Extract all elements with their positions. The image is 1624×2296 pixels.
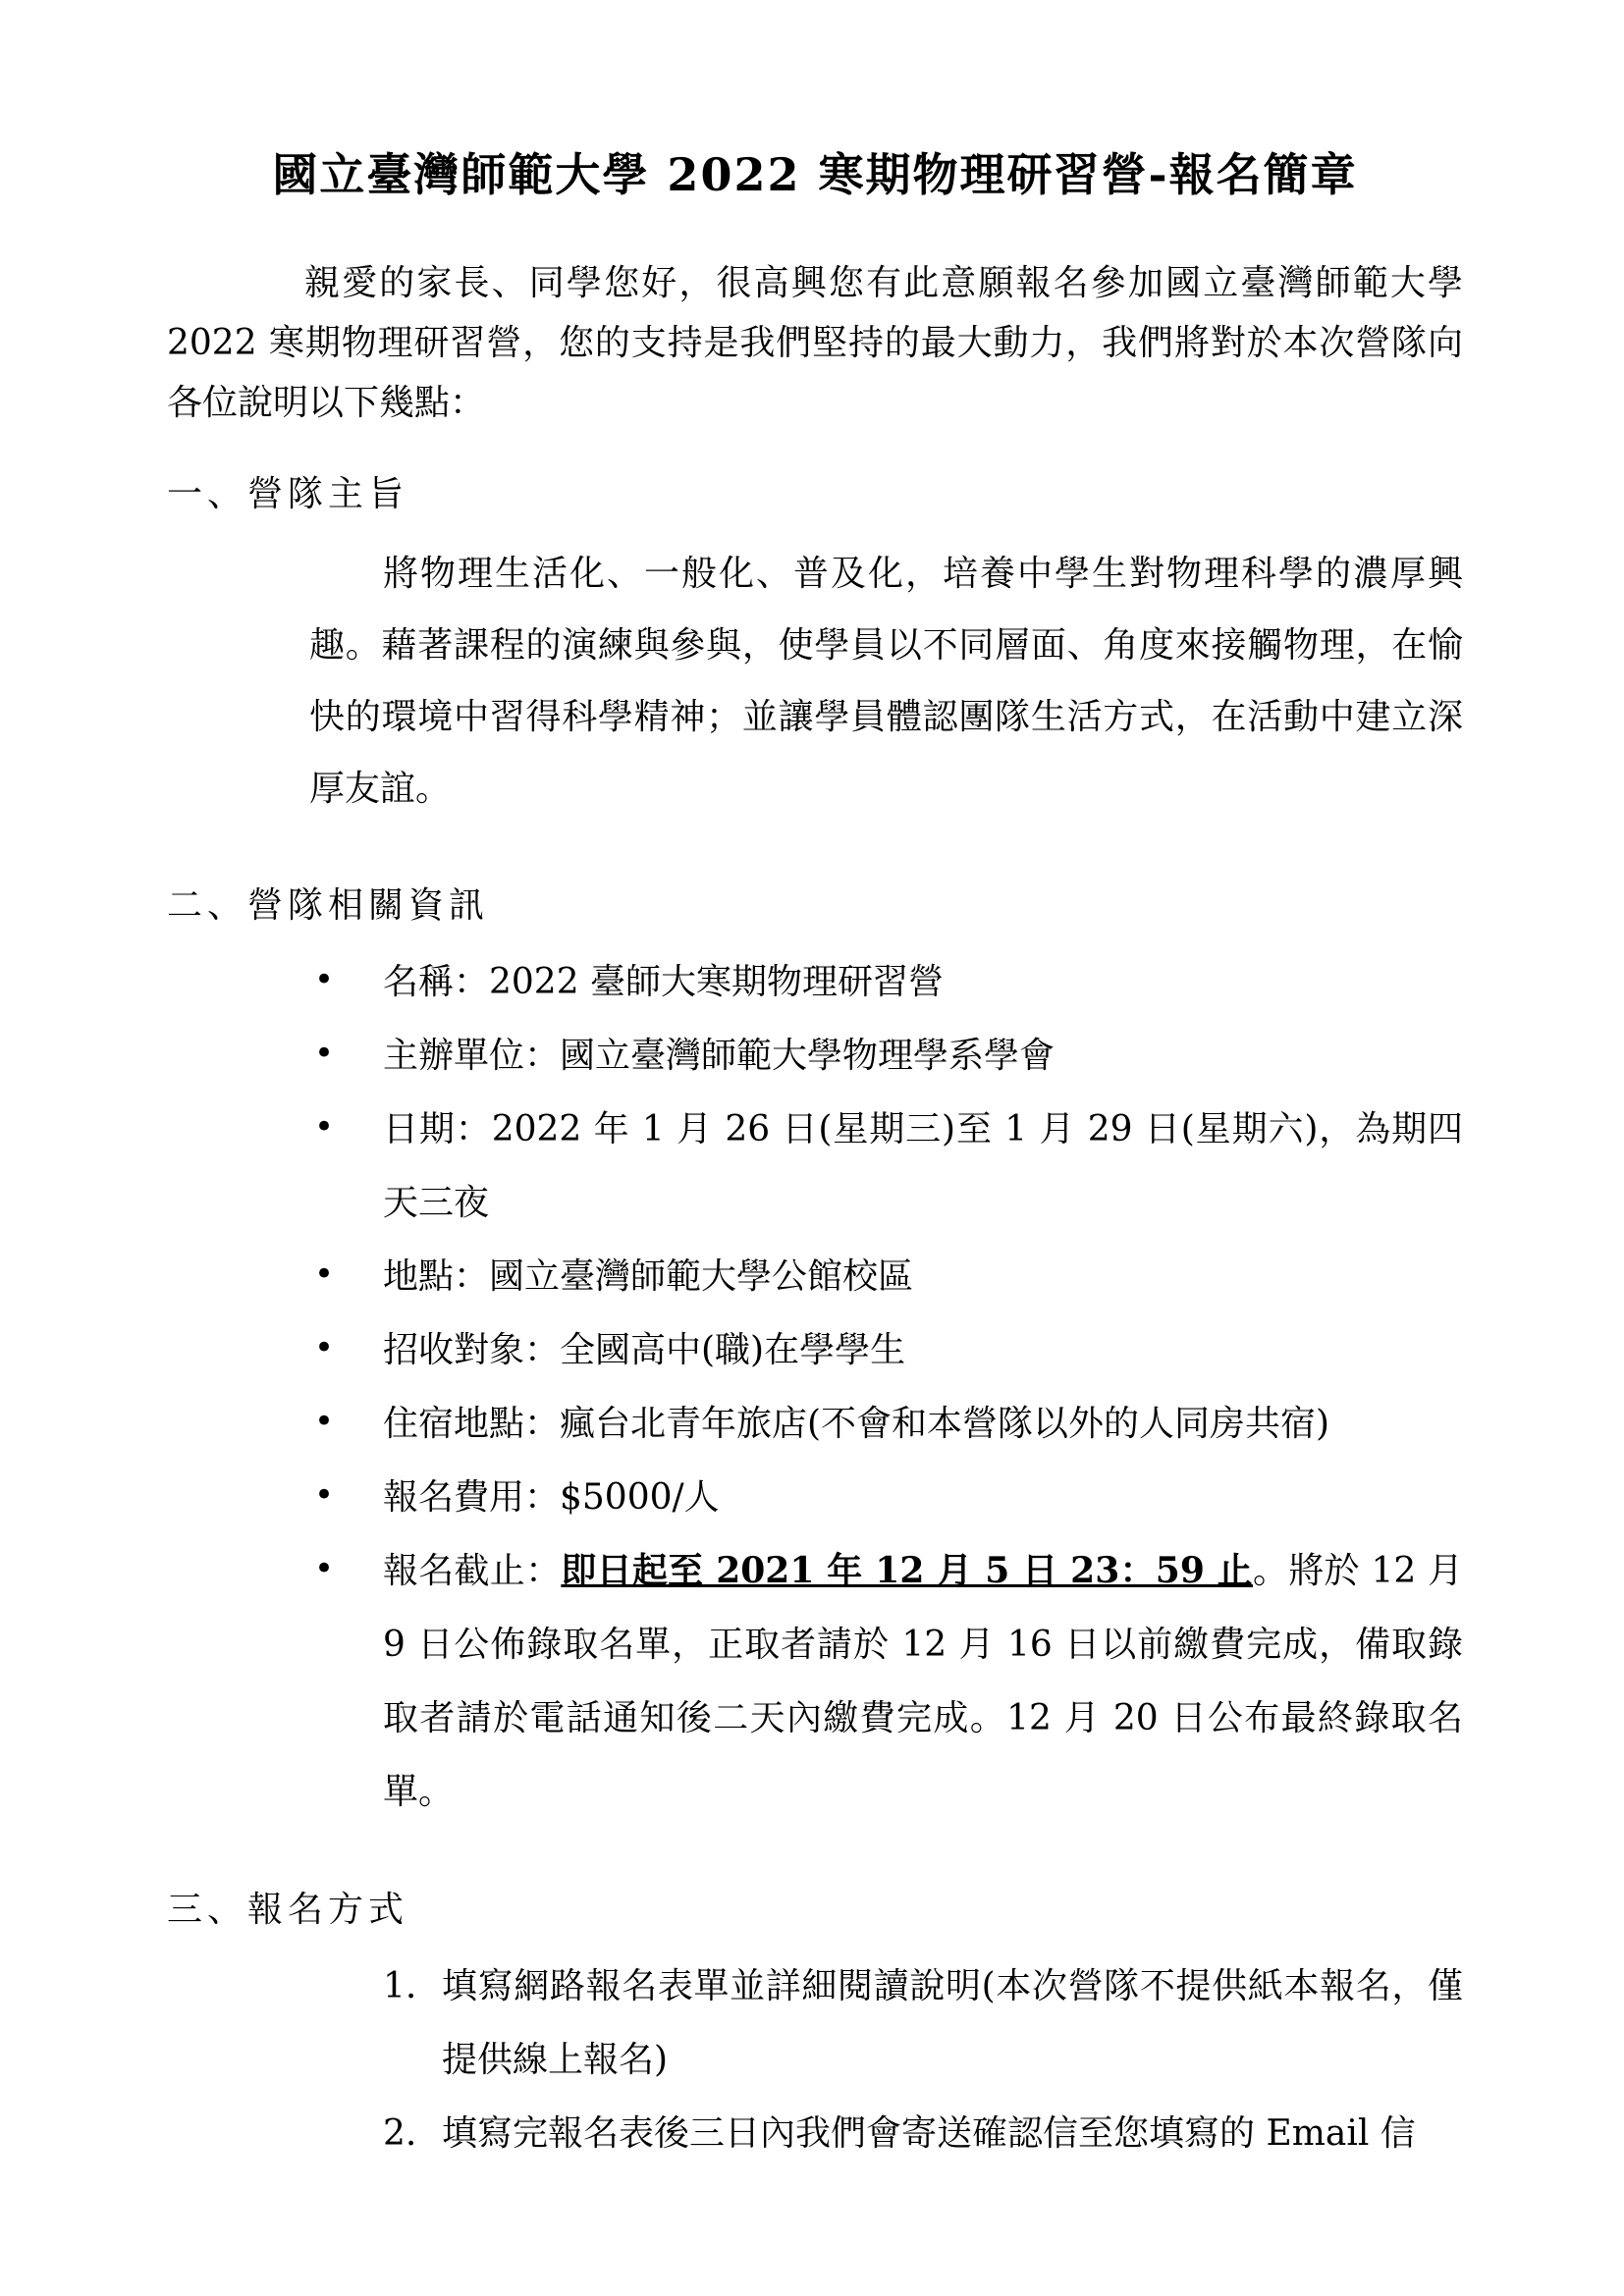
step-text: 填寫網路報名表單並詳細閱讀說明(本次營隊不提供紙本報名，僅提供線上報名) bbox=[442, 1966, 1463, 2080]
section-camp-info: 二、營隊相關資訊 • 名稱：2022 臺師大寒期物理研習營 • 主辦單位：國立臺… bbox=[167, 878, 1463, 1829]
list-item-eligibility: • 招收對象：全國高中(職)在學學生 bbox=[167, 1313, 1463, 1387]
deadline-label: 報名截止： bbox=[383, 1551, 561, 1591]
bullet-icon: • bbox=[314, 1017, 334, 1091]
section-heading-purpose: 一、營隊主旨 bbox=[167, 466, 1463, 516]
intro-paragraph: 親愛的家長、同學您好，很高興您有此意願報名參加國立臺灣師範大學 2022 寒期物… bbox=[167, 253, 1463, 433]
list-item-text: 招收對象：全國高中(職)在學學生 bbox=[383, 1330, 905, 1370]
list-item-text: 地點：國立臺灣師範大學公館校區 bbox=[383, 1256, 913, 1297]
page-title: 國立臺灣師範大學 2022 寒期物理研習營-報名簡章 bbox=[167, 139, 1463, 204]
list-item-text: 住宿地點：瘋台北青年旅店(不會和本營隊以外的人同房共宿) bbox=[383, 1404, 1329, 1444]
bullet-icon: • bbox=[314, 1532, 334, 1606]
purpose-paragraph: 將物理生活化、一般化、普及化，培養中學生對物理科學的濃厚興趣。藉著課程的演練與參… bbox=[167, 538, 1463, 825]
list-item-organizer: • 主辦單位：國立臺灣師範大學物理學系學會 bbox=[167, 1019, 1463, 1093]
list-item-lodging: • 住宿地點：瘋台北青年旅店(不會和本營隊以外的人同房共宿) bbox=[167, 1387, 1463, 1461]
section-heading-signup: 三、報名方式 bbox=[167, 1882, 1463, 1932]
step-number: 2. bbox=[383, 2097, 416, 2170]
bullet-icon: • bbox=[314, 1385, 334, 1459]
bullet-icon: • bbox=[314, 943, 334, 1017]
list-item-text: 主辦單位：國立臺灣師範大學物理學系學會 bbox=[383, 1036, 1055, 1076]
list-item-deadline: • 報名截止：即日起至 2021 年 12 月 5 日 23：59 止。將於 1… bbox=[167, 1534, 1463, 1829]
list-item-text: 名稱：2022 臺師大寒期物理研習營 bbox=[383, 962, 944, 1002]
list-item-fee: • 報名費用：$5000/人 bbox=[167, 1461, 1463, 1534]
list-item-name: • 名稱：2022 臺師大寒期物理研習營 bbox=[167, 945, 1463, 1019]
list-item-text: 日期：2022 年 1 月 26 日(星期三)至 1 月 29 日(星期六)，為… bbox=[383, 1109, 1463, 1223]
section-camp-purpose: 一、營隊主旨 將物理生活化、一般化、普及化，培養中學生對物理科學的濃厚興趣。藉著… bbox=[167, 466, 1463, 825]
signup-steps-list: 1. 填寫網路報名表單並詳細閱讀說明(本次營隊不提供紙本報名，僅提供線上報名) … bbox=[167, 1949, 1463, 2170]
bullet-icon: • bbox=[314, 1238, 334, 1311]
document-page: 國立臺灣師範大學 2022 寒期物理研習營-報名簡章 親愛的家長、同學您好，很高… bbox=[0, 0, 1624, 2296]
section-heading-info: 二、營隊相關資訊 bbox=[167, 878, 1463, 928]
camp-info-list: • 名稱：2022 臺師大寒期物理研習營 • 主辦單位：國立臺灣師範大學物理學系… bbox=[167, 945, 1463, 1829]
bullet-icon: • bbox=[314, 1459, 334, 1532]
step-item-1: 1. 填寫網路報名表單並詳細閱讀說明(本次營隊不提供紙本報名，僅提供線上報名) bbox=[167, 1949, 1463, 2097]
step-number: 1. bbox=[383, 1949, 416, 2023]
section-signup-method: 三、報名方式 1. 填寫網路報名表單並詳細閱讀說明(本次營隊不提供紙本報名，僅提… bbox=[167, 1882, 1463, 2170]
list-item-text: 報名費用：$5000/人 bbox=[383, 1477, 720, 1518]
deadline-emphasis: 即日起至 2021 年 12 月 5 日 23：59 止 bbox=[561, 1550, 1253, 1591]
list-item-location: • 地點：國立臺灣師範大學公館校區 bbox=[167, 1240, 1463, 1313]
list-item-date: • 日期：2022 年 1 月 26 日(星期三)至 1 月 29 日(星期六)… bbox=[167, 1093, 1463, 1240]
bullet-icon: • bbox=[314, 1091, 334, 1164]
step-text: 填寫完報名表後三日內我們會寄送確認信至您填寫的 Email 信 bbox=[442, 2113, 1416, 2154]
step-item-2: 2. 填寫完報名表後三日內我們會寄送確認信至您填寫的 Email 信 bbox=[167, 2097, 1463, 2170]
bullet-icon: • bbox=[314, 1311, 334, 1385]
